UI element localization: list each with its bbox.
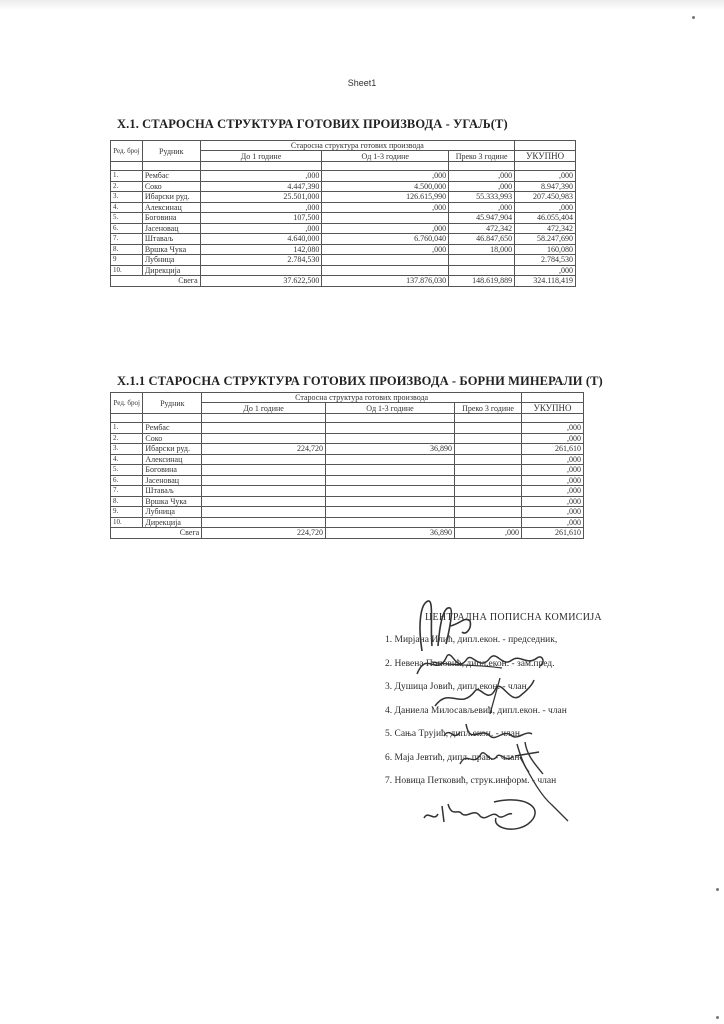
value-over-3 bbox=[454, 496, 521, 507]
mine-name: Ибарски руд. bbox=[143, 444, 202, 455]
value-up-to-1: 25.501,000 bbox=[200, 192, 322, 203]
value-over-3 bbox=[454, 433, 521, 444]
mine-name: Дирекција bbox=[142, 265, 200, 276]
table-row: 1.Рембас,000,000,000,000 bbox=[111, 171, 576, 182]
value-1-to-3 bbox=[326, 423, 455, 434]
header-total-blank bbox=[515, 141, 576, 151]
header-total-blank bbox=[522, 393, 584, 403]
value-1-to-3: ,000 bbox=[322, 171, 449, 182]
scan-edge bbox=[0, 0, 724, 10]
value-1-to-3 bbox=[326, 517, 455, 528]
value-1-to-3 bbox=[326, 465, 455, 476]
value-total: ,000 bbox=[522, 496, 584, 507]
value-over-3 bbox=[454, 475, 521, 486]
row-number: 8. bbox=[111, 244, 143, 255]
value-1-to-3: ,000 bbox=[322, 244, 449, 255]
value-total: ,000 bbox=[515, 202, 576, 213]
value-up-to-1: 224,720 bbox=[202, 444, 326, 455]
value-over-3 bbox=[449, 255, 515, 266]
row-number: 5. bbox=[111, 213, 143, 224]
sum-over-3: ,000 bbox=[454, 528, 521, 539]
sum-total: 324.118,419 bbox=[515, 276, 576, 287]
header-mine: Рудник bbox=[143, 393, 202, 414]
mine-name: Боговина bbox=[143, 465, 202, 476]
sheet-label: Sheet1 bbox=[0, 78, 724, 88]
table-row: 3.Ибарски руд.224,72036,890261,610 bbox=[111, 444, 584, 455]
commission-member: 3. Душица Јовић, дипл.екон. - члан bbox=[385, 682, 665, 706]
row-number: 10. bbox=[111, 265, 143, 276]
value-total: ,000 bbox=[522, 507, 584, 518]
value-1-to-3 bbox=[322, 255, 449, 266]
value-total: ,000 bbox=[522, 423, 584, 434]
mine-name: Лубница bbox=[142, 255, 200, 266]
header-no: Ред. број bbox=[111, 393, 143, 414]
table-row: 7.Штаваљ,000 bbox=[111, 486, 584, 497]
table-row: 1.Рембас,000 bbox=[111, 423, 584, 434]
table-row: 3.Ибарски руд.25.501,000126.615,99055.33… bbox=[111, 192, 576, 203]
row-number: 9 bbox=[111, 255, 143, 266]
value-total: ,000 bbox=[522, 517, 584, 528]
sum-row: Свега37.622,500137.876,030148.619,889324… bbox=[111, 276, 576, 287]
sum-1-to-3: 36,890 bbox=[326, 528, 455, 539]
table-row: 9.Лубница,000 bbox=[111, 507, 584, 518]
commission-member: 2. Невена Поповић, дипл.екон. - зам.пред… bbox=[385, 659, 665, 683]
table-row: 8.Вршка Чука142,080,00018,000160,080 bbox=[111, 244, 576, 255]
mine-name: Јасеновац bbox=[142, 223, 200, 234]
scan-artifact bbox=[716, 1016, 719, 1019]
value-1-to-3 bbox=[326, 486, 455, 497]
value-total: ,000 bbox=[522, 475, 584, 486]
value-total: ,000 bbox=[522, 433, 584, 444]
table-row: 4.Алексинац,000 bbox=[111, 454, 584, 465]
value-up-to-1: 4.640,000 bbox=[200, 234, 322, 245]
header-over-3: Преко 3 године bbox=[449, 151, 515, 162]
value-over-3: ,000 bbox=[449, 171, 515, 182]
sum-total: 261,610 bbox=[522, 528, 584, 539]
commission-signature-block: ЦЕНТРАЛНА ПОПИСНА КОМИСИЈА 1. Мирјана Ил… bbox=[385, 612, 665, 800]
mine-name: Ибарски руд. bbox=[142, 192, 200, 203]
table-row: 10.Дирекција,000 bbox=[111, 517, 584, 528]
mine-name: Лубница bbox=[143, 507, 202, 518]
value-over-3 bbox=[454, 423, 521, 434]
row-number: 2. bbox=[111, 181, 143, 192]
sum-label: Свега bbox=[111, 528, 202, 539]
value-over-3 bbox=[454, 486, 521, 497]
sum-up-to-1: 37.622,500 bbox=[200, 276, 322, 287]
value-up-to-1: ,000 bbox=[200, 223, 322, 234]
commission-member: 4. Даниела Милосављевић, дипл.екон. - чл… bbox=[385, 706, 665, 730]
commission-member: 1. Мирјана Илић, дипл.екон. - председник… bbox=[385, 635, 665, 659]
boron-minerals-age-structure-table: Ред. број Рудник Старосна структура гото… bbox=[110, 392, 584, 539]
table-row: 8.Вршка Чука,000 bbox=[111, 496, 584, 507]
row-number: 9. bbox=[111, 507, 143, 518]
value-1-to-3 bbox=[326, 433, 455, 444]
row-number: 7. bbox=[111, 234, 143, 245]
value-1-to-3: 126.615,990 bbox=[322, 192, 449, 203]
scan-artifact bbox=[716, 888, 719, 891]
value-total: ,000 bbox=[522, 486, 584, 497]
value-up-to-1 bbox=[202, 423, 326, 434]
value-total: 2.784,530 bbox=[515, 255, 576, 266]
mine-name: Соко bbox=[143, 433, 202, 444]
header-total: УКУПНО bbox=[515, 151, 576, 162]
value-1-to-3: ,000 bbox=[322, 223, 449, 234]
value-over-3: ,000 bbox=[449, 202, 515, 213]
value-total: 58.247,690 bbox=[515, 234, 576, 245]
scan-artifact bbox=[692, 16, 695, 19]
coal-table-body: 1.Рембас,000,000,000,0002.Соко4.447,3904… bbox=[111, 171, 576, 287]
value-1-to-3 bbox=[326, 475, 455, 486]
value-total: ,000 bbox=[515, 265, 576, 276]
mine-name: Рембас bbox=[142, 171, 200, 182]
mine-name: Јасеновац bbox=[143, 475, 202, 486]
value-up-to-1: ,000 bbox=[200, 202, 322, 213]
table-row: 6.Јасеновац,000 bbox=[111, 475, 584, 486]
mine-name: Боговина bbox=[142, 213, 200, 224]
value-total: ,000 bbox=[515, 171, 576, 182]
mine-name: Соко bbox=[142, 181, 200, 192]
value-over-3: 46.847,650 bbox=[449, 234, 515, 245]
row-number: 1. bbox=[111, 171, 143, 182]
commission-title: ЦЕНТРАЛНА ПОПИСНА КОМИСИЈА bbox=[425, 612, 665, 623]
mine-name: Рембас bbox=[143, 423, 202, 434]
value-1-to-3: ,000 bbox=[322, 202, 449, 213]
header-group: Старосна структура готових производа bbox=[202, 393, 522, 403]
value-up-to-1 bbox=[202, 517, 326, 528]
value-over-3: 472,342 bbox=[449, 223, 515, 234]
sum-over-3: 148.619,889 bbox=[449, 276, 515, 287]
value-1-to-3 bbox=[322, 265, 449, 276]
value-over-3 bbox=[454, 444, 521, 455]
value-total: 46.055,404 bbox=[515, 213, 576, 224]
row-number: 1. bbox=[111, 423, 143, 434]
row-number: 4. bbox=[111, 454, 143, 465]
table-row: 4.Алексинац,000,000,000,000 bbox=[111, 202, 576, 213]
value-up-to-1: 2.784,530 bbox=[200, 255, 322, 266]
value-1-to-3: 36,890 bbox=[326, 444, 455, 455]
row-number: 3. bbox=[111, 444, 143, 455]
table-row: 5.Боговина,000 bbox=[111, 465, 584, 476]
sum-1-to-3: 137.876,030 bbox=[322, 276, 449, 287]
table-row: 5.Боговина107,50045.947,90446.055,404 bbox=[111, 213, 576, 224]
value-1-to-3: 4.500,000 bbox=[322, 181, 449, 192]
value-total: 207.450,983 bbox=[515, 192, 576, 203]
mine-name: Штаваљ bbox=[143, 486, 202, 497]
sum-label: Свега bbox=[111, 276, 201, 287]
coal-table-title: X.1. СТАРОСНА СТРУКТУРА ГОТОВИХ ПРОИЗВОД… bbox=[117, 117, 508, 132]
value-up-to-1 bbox=[200, 265, 322, 276]
value-1-to-3 bbox=[326, 507, 455, 518]
row-number: 10. bbox=[111, 517, 143, 528]
table-row: 2.Соко4.447,3904.500,000,0008.947,390 bbox=[111, 181, 576, 192]
header-no: Ред. број bbox=[111, 141, 143, 162]
value-total: 261,610 bbox=[522, 444, 584, 455]
row-number: 7. bbox=[111, 486, 143, 497]
header-over-3: Преко 3 године bbox=[454, 403, 521, 414]
table-row: 2.Соко,000 bbox=[111, 433, 584, 444]
value-over-3 bbox=[454, 517, 521, 528]
row-number: 6. bbox=[111, 475, 143, 486]
header-total: УКУПНО bbox=[522, 403, 584, 414]
header-mine: Рудник bbox=[142, 141, 200, 162]
mine-name: Алексинац bbox=[142, 202, 200, 213]
value-up-to-1 bbox=[202, 475, 326, 486]
header-1-to-3: Од 1-3 године bbox=[322, 151, 449, 162]
commission-member: 5. Сања Трујић, дипл.екон. - члан bbox=[385, 729, 665, 753]
mine-name: Алексинац bbox=[143, 454, 202, 465]
commission-member-list: 1. Мирјана Илић, дипл.екон. - председник… bbox=[385, 635, 665, 800]
value-up-to-1: 142,080 bbox=[200, 244, 322, 255]
table-row: 7.Штаваљ4.640,0006.760,04046.847,65058.2… bbox=[111, 234, 576, 245]
value-up-to-1 bbox=[202, 486, 326, 497]
mine-name: Штаваљ bbox=[142, 234, 200, 245]
value-over-3 bbox=[449, 265, 515, 276]
row-number: 3. bbox=[111, 192, 143, 203]
table-row: 10.Дирекција,000 bbox=[111, 265, 576, 276]
sum-row: Свега224,72036,890,000261,610 bbox=[111, 528, 584, 539]
commission-member: 6. Маја Јевтић, дипл. прав. - члан bbox=[385, 753, 665, 777]
minerals-table-body: 1.Рембас,0002.Соко,0003.Ибарски руд.224,… bbox=[111, 423, 584, 539]
value-over-3: 55.333,993 bbox=[449, 192, 515, 203]
value-total: 160,080 bbox=[515, 244, 576, 255]
table-row: 9Лубница2.784,5302.784,530 bbox=[111, 255, 576, 266]
row-number: 5. bbox=[111, 465, 143, 476]
value-1-to-3 bbox=[326, 496, 455, 507]
value-up-to-1 bbox=[202, 454, 326, 465]
value-up-to-1 bbox=[202, 507, 326, 518]
value-over-3: ,000 bbox=[449, 181, 515, 192]
value-up-to-1 bbox=[202, 496, 326, 507]
minerals-table-title: X.1.1 СТАРОСНА СТРУКТУРА ГОТОВИХ ПРОИЗВО… bbox=[117, 374, 603, 389]
value-1-to-3: 6.760,040 bbox=[322, 234, 449, 245]
row-number: 6. bbox=[111, 223, 143, 234]
value-up-to-1 bbox=[202, 433, 326, 444]
mine-name: Дирекција bbox=[143, 517, 202, 528]
value-total: 8.947,390 bbox=[515, 181, 576, 192]
header-up-to-1: До 1 године bbox=[202, 403, 326, 414]
commission-member: 7. Новица Петковић, струк.информ. - члан bbox=[385, 776, 665, 800]
row-number: 8. bbox=[111, 496, 143, 507]
header-group: Старосна структура готових производа bbox=[200, 141, 514, 151]
value-over-3 bbox=[454, 454, 521, 465]
value-total: 472,342 bbox=[515, 223, 576, 234]
row-number: 4. bbox=[111, 202, 143, 213]
value-total: ,000 bbox=[522, 465, 584, 476]
value-over-3 bbox=[454, 507, 521, 518]
value-up-to-1: ,000 bbox=[200, 171, 322, 182]
value-over-3: 45.947,904 bbox=[449, 213, 515, 224]
value-over-3: 18,000 bbox=[449, 244, 515, 255]
row-number: 2. bbox=[111, 433, 143, 444]
sum-up-to-1: 224,720 bbox=[202, 528, 326, 539]
mine-name: Вршка Чука bbox=[142, 244, 200, 255]
value-up-to-1: 4.447,390 bbox=[200, 181, 322, 192]
value-up-to-1 bbox=[202, 465, 326, 476]
coal-age-structure-table: Ред. број Рудник Старосна структура гото… bbox=[110, 140, 576, 287]
value-total: ,000 bbox=[522, 454, 584, 465]
value-over-3 bbox=[454, 465, 521, 476]
header-up-to-1: До 1 године bbox=[200, 151, 322, 162]
value-1-to-3 bbox=[326, 454, 455, 465]
table-row: 6.Јасеновац,000,000472,342472,342 bbox=[111, 223, 576, 234]
header-1-to-3: Од 1-3 године bbox=[326, 403, 455, 414]
mine-name: Вршка Чука bbox=[143, 496, 202, 507]
value-up-to-1: 107,500 bbox=[200, 213, 322, 224]
value-1-to-3 bbox=[322, 213, 449, 224]
